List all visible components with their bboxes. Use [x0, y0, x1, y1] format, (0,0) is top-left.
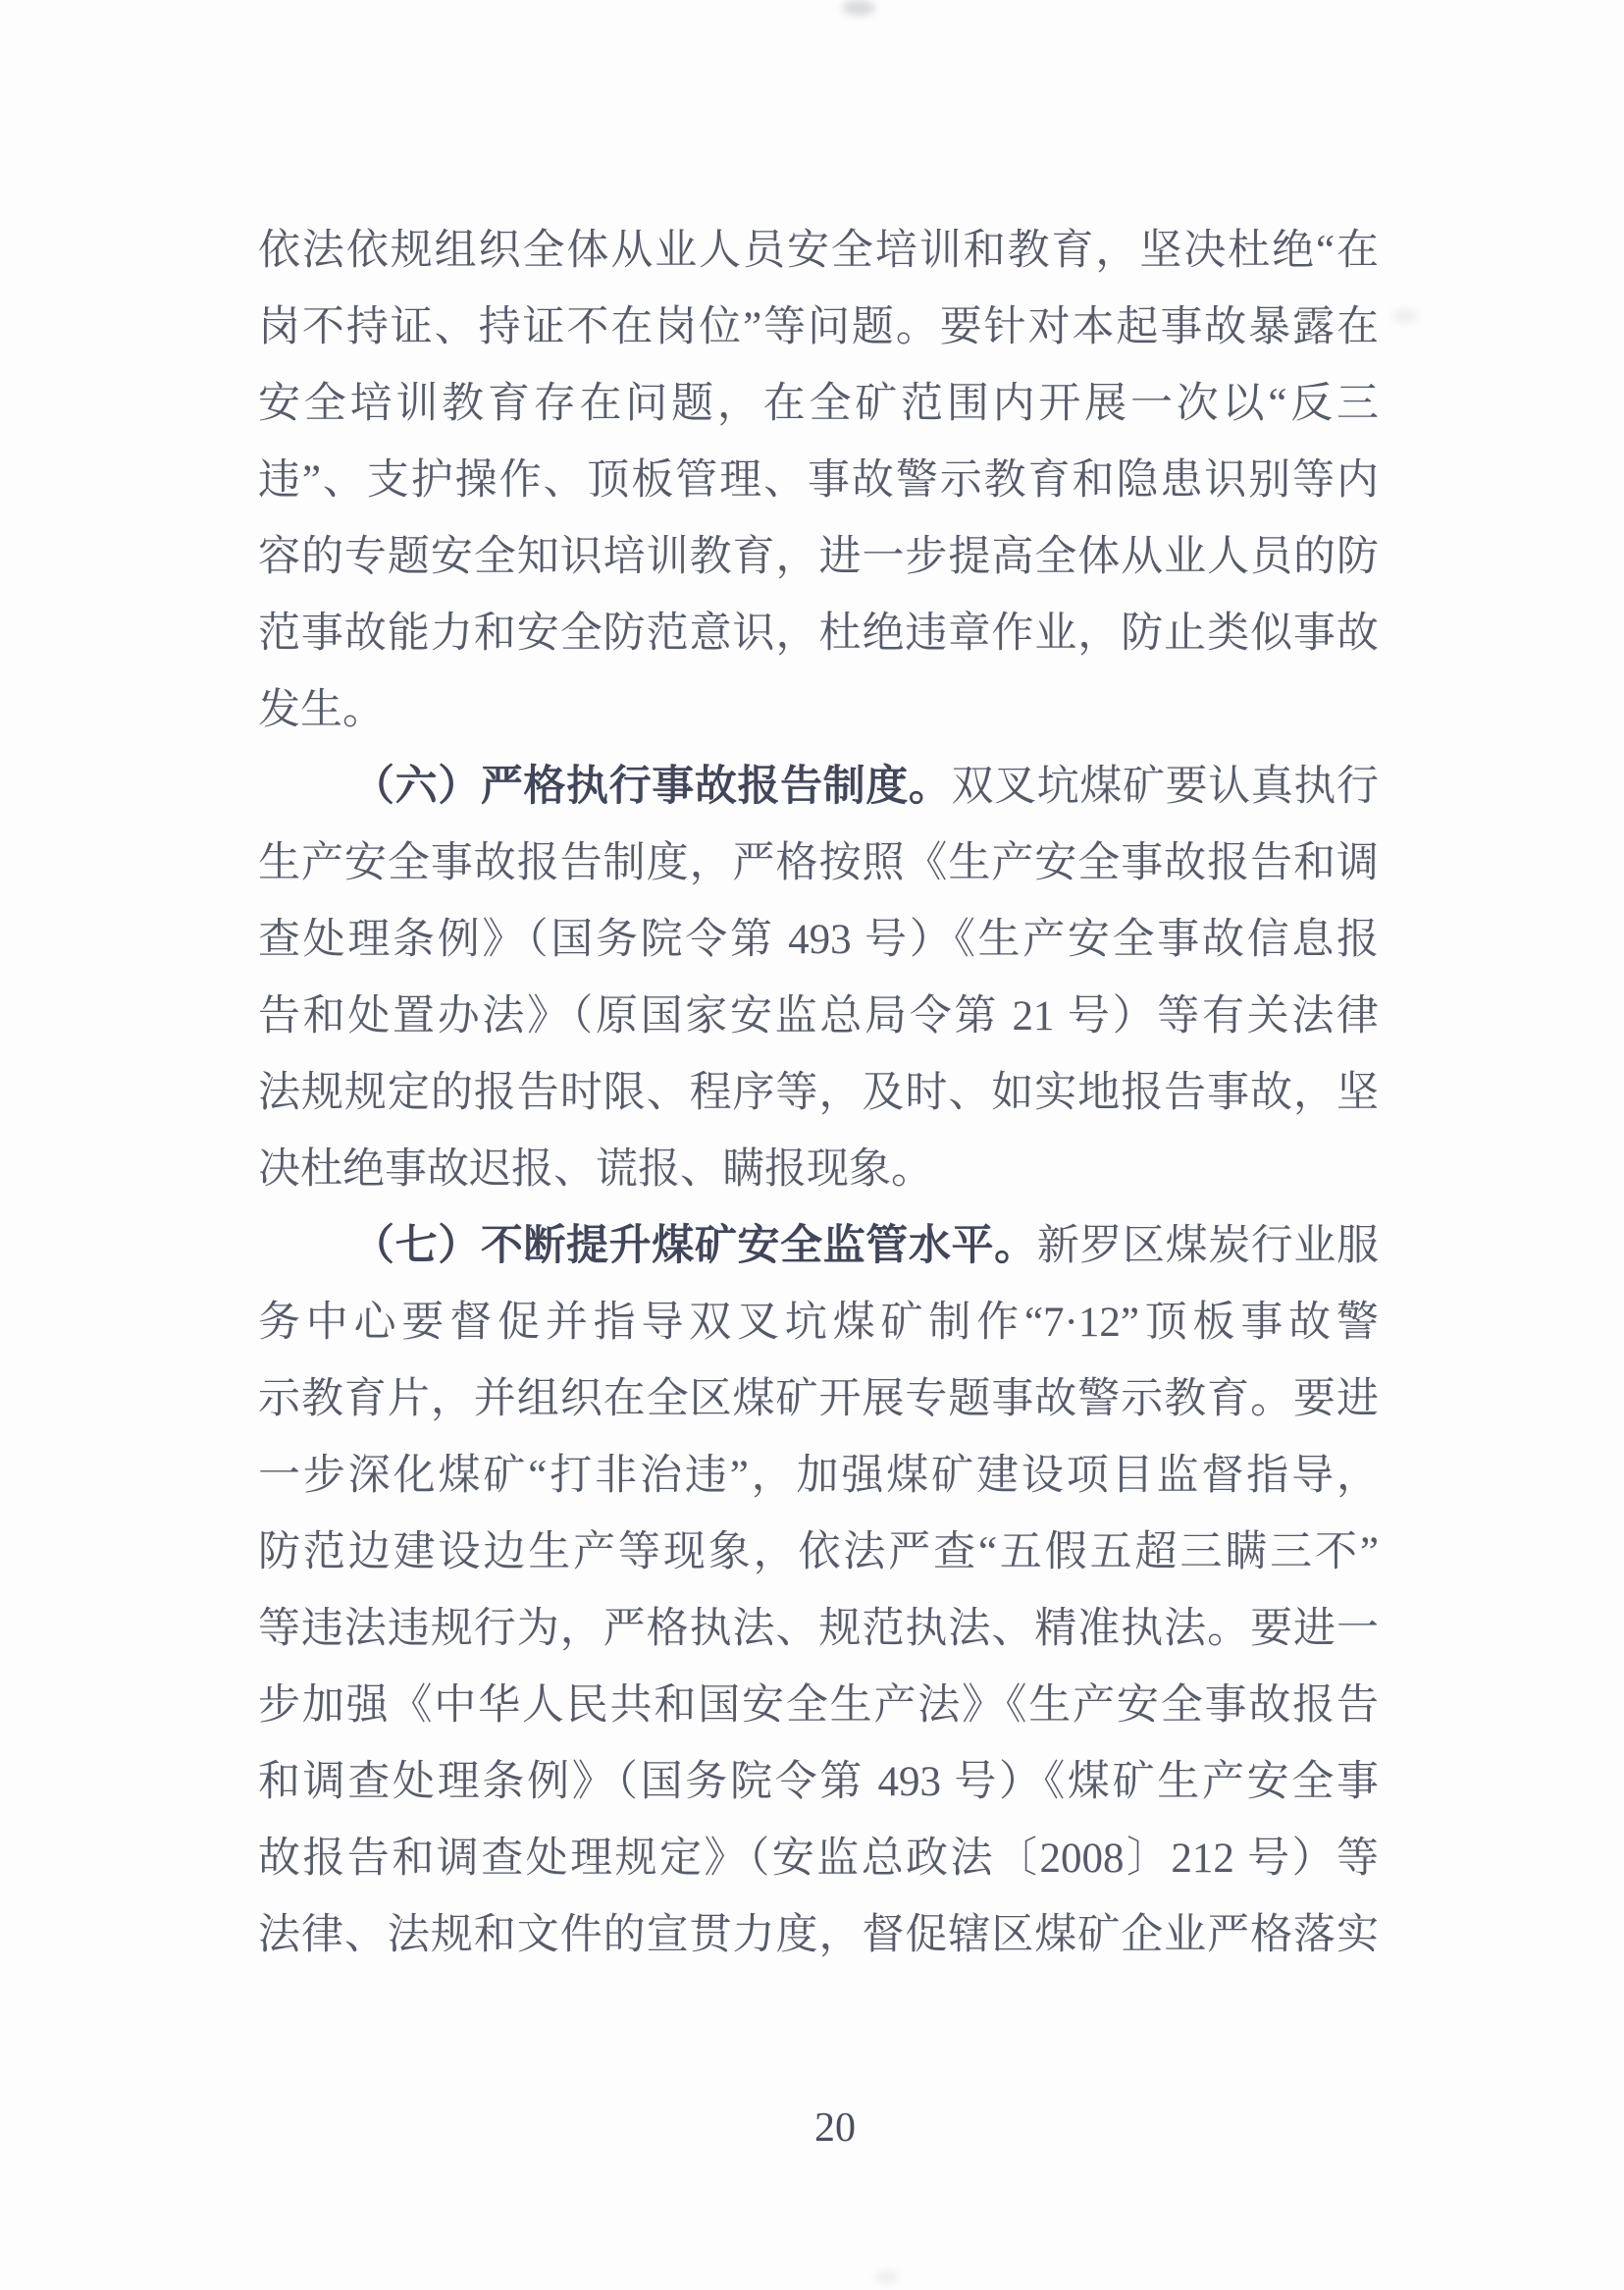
scan-artifact	[842, 0, 875, 16]
body-segment: 决杜绝事故迟报、谎报、瞒报现象。	[258, 1146, 933, 1193]
body-segment: 示教育片，并组织在全区煤矿开展专题事故警示教育。要进	[258, 1376, 1379, 1422]
text-line: 范事故能力和安全防范意识，杜绝违章作业，防止类似事故	[258, 596, 1379, 672]
text-line: 和调查处理条例》（国务院令第 493 号）《煤矿生产安全事	[258, 1744, 1379, 1821]
text-line: 容的专题安全知识培训教育，进一步提高全体从业人员的防	[258, 519, 1379, 596]
text-line: 法律、法规和文件的宣贯力度，督促辖区煤矿企业严格落实	[258, 1897, 1379, 1974]
text-line: 岗不持证、持证不在岗位”等问题。要针对本起事故暴露在	[258, 290, 1379, 366]
body-segment: 发生。	[258, 687, 385, 733]
text-line: 步加强《中华人民共和国安全生产法》《生产安全事故报告	[258, 1668, 1379, 1744]
body-segment: 容的专题安全知识培训教育，进一步提高全体从业人员的防	[258, 534, 1379, 580]
body-segment: 和调查处理条例》（国务院令第 493 号）《煤矿生产安全事	[258, 1759, 1379, 1805]
text-line: 务中心要督促并指导双叉坑煤矿制作“7·12”顶板事故警	[258, 1285, 1379, 1361]
text-line: 依法依规组织全体从业人员安全培训和教育，坚决杜绝“在	[258, 213, 1379, 290]
body-segment: 务中心要督促并指导双叉坑煤矿制作“7·12”顶板事故警	[258, 1300, 1379, 1346]
text-line: 一步深化煤矿“打非治违”，加强煤矿建设项目监督指导，	[258, 1438, 1379, 1515]
page-number: 20	[791, 2104, 879, 2153]
body-segment: 查处理条例》（国务院令第 493 号）《生产安全事故信息报	[258, 917, 1379, 963]
text-line: 违”、支护操作、顶板管理、事故警示教育和隐患识别等内	[258, 443, 1379, 519]
heading-segment: （七）不断提升煤矿安全监管水平。	[352, 1223, 1037, 1269]
text-line: 故报告和调查处理规定》（安监总政法〔2008〕212 号）等	[258, 1821, 1379, 1897]
text-line: 示教育片，并组织在全区煤矿开展专题事故警示教育。要进	[258, 1361, 1379, 1438]
body-segment: 告和处置办法》（原国家安监总局令第 21 号）等有关法律	[258, 993, 1379, 1039]
body-segment: 新罗区煤炭行业服	[1037, 1223, 1379, 1269]
body-segment: 安全培训教育存在问题，在全矿范围内开展一次以“反三	[258, 381, 1379, 427]
body-segment: 岗不持证、持证不在岗位”等问题。要针对本起事故暴露在	[258, 304, 1379, 350]
text-line: 告和处置办法》（原国家安监总局令第 21 号）等有关法律	[258, 979, 1379, 1055]
body-segment: 故报告和调查处理规定》（安监总政法〔2008〕212 号）等	[258, 1836, 1379, 1882]
body-segment: 等违法违规行为，严格执法、规范执法、精准执法。要进一	[258, 1606, 1379, 1652]
scan-artifact	[876, 2271, 898, 2283]
text-line: 等违法违规行为，严格执法、规范执法、精准执法。要进一	[258, 1591, 1379, 1668]
heading-segment: （六）严格执行事故报告制度。	[352, 764, 952, 810]
body-segment: 一步深化煤矿“打非治违”，加强煤矿建设项目监督指导，	[258, 1453, 1379, 1499]
text-line: 查处理条例》（国务院令第 493 号）《生产安全事故信息报	[258, 902, 1379, 979]
body-segment: 防范边建设边生产等现象，依法严查“五假五超三瞒三不”	[258, 1529, 1379, 1575]
body-segment: 双叉坑煤矿要认真执行	[952, 764, 1379, 810]
body-segment: 生产安全事故报告制度，严格按照《生产安全事故报告和调	[258, 840, 1379, 886]
text-line: 决杜绝事故迟报、谎报、瞒报现象。	[258, 1132, 1379, 1208]
text-line: 法规规定的报告时限、程序等，及时、如实地报告事故，坚	[258, 1055, 1379, 1132]
body-segment: 法律、法规和文件的宣贯力度，督促辖区煤矿企业严格落实	[258, 1912, 1379, 1958]
body-segment: 依法依规组织全体从业人员安全培训和教育，坚决杜绝“在	[258, 228, 1379, 274]
scan-artifact	[1393, 309, 1417, 323]
text-line: 防范边建设边生产等现象，依法严查“五假五超三瞒三不”	[258, 1515, 1379, 1591]
text-line: （六）严格执行事故报告制度。双叉坑煤矿要认真执行	[258, 749, 1379, 825]
document-page: 依法依规组织全体从业人员安全培训和教育，坚决杜绝“在岗不持证、持证不在岗位”等问…	[0, 0, 1624, 2290]
body-segment: 违”、支护操作、顶板管理、事故警示教育和隐患识别等内	[258, 457, 1379, 504]
text-line: （七）不断提升煤矿安全监管水平。新罗区煤炭行业服	[258, 1208, 1379, 1285]
text-line: 发生。	[258, 672, 1379, 749]
text-line: 生产安全事故报告制度，严格按照《生产安全事故报告和调	[258, 825, 1379, 902]
body-segment: 步加强《中华人民共和国安全生产法》《生产安全事故报告	[258, 1682, 1379, 1729]
body-segment: 范事故能力和安全防范意识，杜绝违章作业，防止类似事故	[258, 611, 1379, 657]
text-line: 安全培训教育存在问题，在全矿范围内开展一次以“反三	[258, 366, 1379, 443]
document-body: 依法依规组织全体从业人员安全培训和教育，坚决杜绝“在岗不持证、持证不在岗位”等问…	[258, 213, 1379, 1974]
body-segment: 法规规定的报告时限、程序等，及时、如实地报告事故，坚	[258, 1070, 1379, 1116]
